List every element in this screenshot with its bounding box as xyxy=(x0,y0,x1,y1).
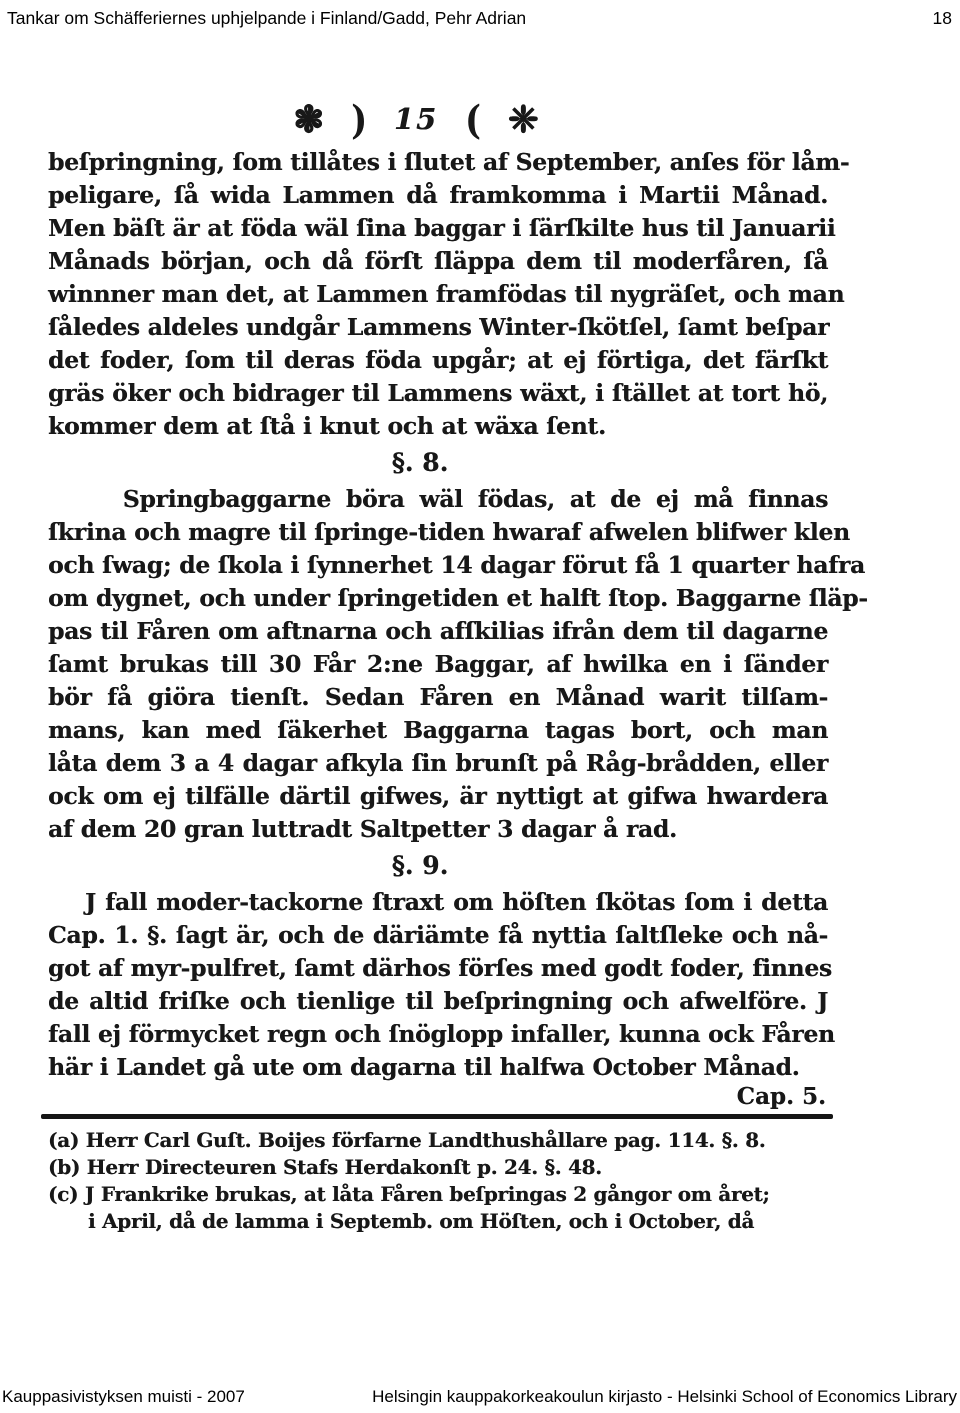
text-line: pas til Fåren om aftnarna och afſkilias … xyxy=(48,615,828,648)
text-line: winnner man det, at Lammen framfödas til… xyxy=(48,278,828,311)
paragraph-section-8: Springbaggarne böra wäl födas, at de ej … xyxy=(48,483,828,846)
text-line: (a) Herr Carl Guſt. Boijes förfarne Land… xyxy=(48,1127,828,1154)
original-page-header: ❃ ) 15 ( ❈ xyxy=(26,92,806,146)
footnotes: (a) Herr Carl Guſt. Boijes förfarne Land… xyxy=(48,1127,828,1235)
text-line: och ſwag; de ſkola i ſynnerhet 14 dagar … xyxy=(48,549,828,582)
document-footer: Kauppasivistyksen muisti - 2007 Helsingi… xyxy=(2,1387,957,1407)
footer-archive-label: Kauppasivistyksen muisti - 2007 xyxy=(2,1387,245,1407)
document-header: Tankar om Schäfferiernes uphjelpande i F… xyxy=(7,8,952,29)
text-line: (c) J Frankrike brukas, at låta Fåren be… xyxy=(48,1181,828,1208)
text-line: om dygnet, och under ſpringetiden et hal… xyxy=(48,582,828,615)
text-line: de altid friſke och tienlige til beſprin… xyxy=(48,985,828,1018)
catchword: Cap. 5. xyxy=(48,1084,828,1110)
text-line: Cap. 1. §. ſagt är, och de däriämte få n… xyxy=(48,919,828,952)
text-line: Månads början, och då förſt ſläppa dem t… xyxy=(48,245,828,278)
text-line: det foder, ſom til deras föda upgår; at … xyxy=(48,344,828,377)
footer-library-label: Helsingin kauppakorkeakoulun kirjasto - … xyxy=(372,1387,957,1407)
text-line: fall ej förmycket regn och ſnöglopp infa… xyxy=(48,1018,828,1051)
document-title: Tankar om Schäfferiernes uphjelpande i F… xyxy=(7,8,526,29)
floral-ornament-icon: ❈ xyxy=(508,101,539,138)
text-line: här i Landet gå ute om dagarna til halfw… xyxy=(48,1051,828,1084)
paragraph-section-9: J fall moder-tackorne ſtraxt om höſten ſ… xyxy=(48,886,828,1084)
text-line: beſpringning, ſom tillåtes i ſlutet af S… xyxy=(48,146,828,179)
floral-ornament-icon: ❃ xyxy=(293,101,324,138)
scanned-page: ❃ ) 15 ( ❈ beſpringning, ſom tillåtes i … xyxy=(48,92,828,1235)
section-heading-8: §. 8. xyxy=(30,446,810,480)
text-line: Springbaggarne böra wäl födas, at de ej … xyxy=(48,483,828,516)
text-line: ſåledes aldeles undgår Lammens Winter-ſk… xyxy=(48,311,828,344)
text-line: ſkrina och magre til ſpringe-tiden hwara… xyxy=(48,516,828,549)
text-line: af dem 20 gran luttradt Saltpetter 3 dag… xyxy=(48,813,828,846)
section-heading-9: §. 9. xyxy=(30,849,810,883)
original-page-number: 15 xyxy=(394,105,438,134)
text-line: Men bäſt är at föda wäl ſina baggar i ſä… xyxy=(48,212,828,245)
text-line: peligare, ſå wida Lammen då framkomma i … xyxy=(48,179,828,212)
text-line: J fall moder-tackorne ſtraxt om höſten ſ… xyxy=(48,886,828,919)
text-line: bör få giöra tienſt. Sedan Fåren en Måna… xyxy=(48,681,828,714)
text-line: låta dem 3 a 4 dagar afkyla ſin brunſt p… xyxy=(48,747,828,780)
paragraph-continuation: beſpringning, ſom tillåtes i ſlutet af S… xyxy=(48,146,828,443)
close-bracket: ( xyxy=(465,99,481,139)
text-line: i April, då de lamma i Septemb. om Höſte… xyxy=(48,1208,828,1235)
text-line: kommer dem at ſtå i knut och at wäxa ſen… xyxy=(48,410,828,443)
text-line: gräs öker och bidrager til Lammens wäxt,… xyxy=(48,377,828,410)
text-line: ſamt brukas till 30 Får 2:ne Baggar, af … xyxy=(48,648,828,681)
text-line: ock om ej tilfälle därtil gifwes, är nyt… xyxy=(48,780,828,813)
text-line: (b) Herr Directeuren Stafs Herdakonſt p.… xyxy=(48,1154,828,1181)
text-line: mans, kan med ſäkerhet Baggarna tagas bo… xyxy=(48,714,828,747)
text-line: got af myr-pulfret, ſamt därhos förſes m… xyxy=(48,952,828,985)
footnote-divider xyxy=(41,1114,833,1119)
pdf-page-number: 18 xyxy=(933,8,952,29)
open-bracket: ) xyxy=(351,99,367,139)
